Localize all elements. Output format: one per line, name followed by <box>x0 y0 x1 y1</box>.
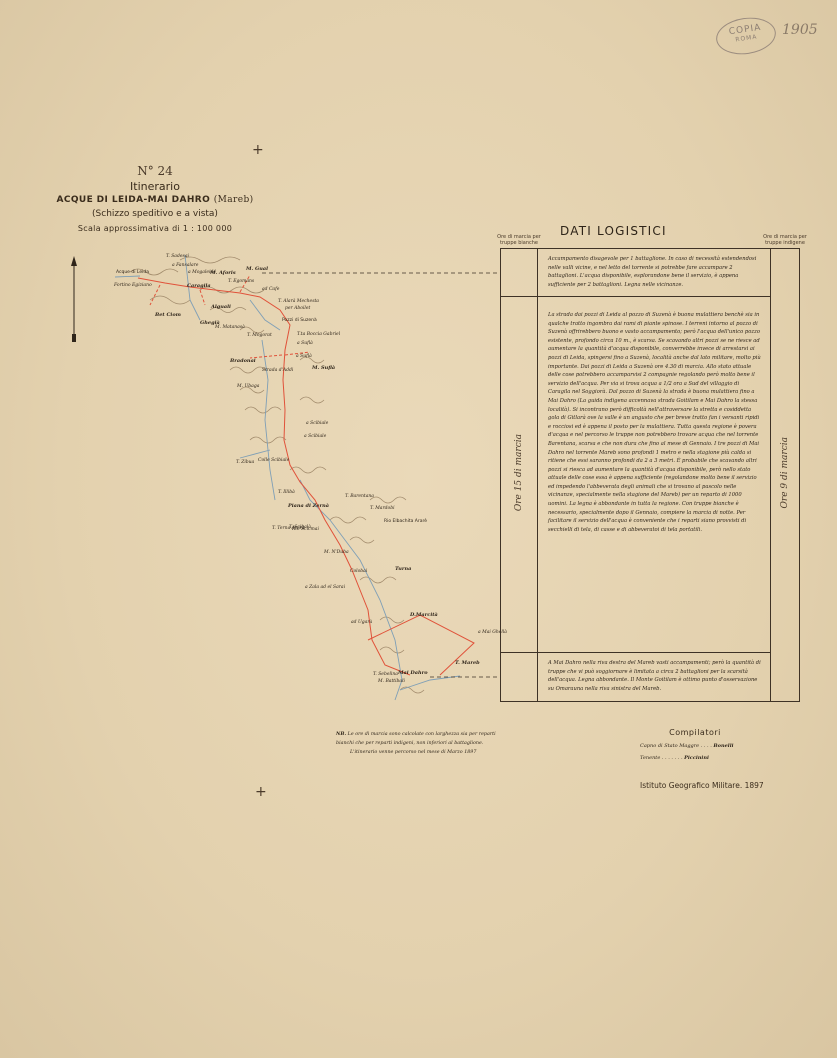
table-row: Accampamento disagevole per 1 battaglion… <box>501 249 800 297</box>
map-label: T. Sebelina <box>373 672 398 677</box>
map-label: M. Battibali <box>378 679 405 684</box>
map-label: D.Marcità <box>410 612 438 618</box>
map-label: ad Cafe <box>262 287 279 292</box>
map-label: M. Aforis <box>210 270 236 276</box>
compiler-row: Capno di Stato Maggre . . . . Bonelli <box>640 743 750 749</box>
map-label: a Scibiale <box>304 434 326 439</box>
compiler-dots: . . . . . . . <box>662 755 683 761</box>
compiler-name: Bonelli <box>713 743 733 749</box>
map-label: T. Illibà <box>278 490 295 495</box>
logistics-table: Accampamento disagevole per 1 battaglion… <box>500 248 800 702</box>
compiler-rank: Capno di Stato Maggre <box>640 743 699 749</box>
map-label: a Scibiale <box>306 421 328 426</box>
map-label: M. Ubaga <box>237 384 259 389</box>
footnote: NB. Le ore di marcia sono calcolate con … <box>336 730 496 757</box>
map-label: T. Sadesai <box>166 254 189 259</box>
compilers-block: Compilatori Capno di Stato Maggre . . . … <box>640 728 750 761</box>
left-hours-cell <box>501 653 538 702</box>
map-label: ad Ugarà <box>351 620 372 625</box>
logistics-cell: Accampamento disagevole per 1 battaglion… <box>538 249 771 297</box>
compiler-rank: Tenente <box>640 755 660 761</box>
footnote-text: L'itinerario venne percorso nel mese di … <box>336 750 476 755</box>
map-label: a Fansalare <box>172 263 198 268</box>
footnote-text: Le ore di marcia sono calcolate con larg… <box>336 732 496 746</box>
map-label: Bet Ciom <box>155 312 181 318</box>
map-label: M. Gual <box>246 266 268 272</box>
compilers-title: Compilatori <box>640 728 750 737</box>
map-label: M. N'Duba <box>324 550 349 555</box>
map-label: Rio Scicmai <box>292 527 319 532</box>
map-label: Rio Elbachita Ararè <box>384 519 427 524</box>
relief-hachures <box>130 257 424 693</box>
map-label: Strada d'Addi <box>262 368 293 373</box>
publisher: Istituto Geografico Militare. 1897 <box>640 781 764 790</box>
map-label: M. Matanasà <box>215 325 245 330</box>
logistics-title: DATI LOGISTICI <box>560 224 667 238</box>
map-label: M. Suflà <box>312 365 335 371</box>
map-label: T. Mogorat <box>247 333 272 338</box>
map-label: Bradonai <box>230 358 256 364</box>
map-label: Fortino Egiziano <box>114 283 152 288</box>
map-label: Mai Dahro <box>398 670 428 676</box>
logistics-text: A Mai Dahro nella riva destra del Mareb … <box>538 653 770 697</box>
map-label: T. Alarà Mechesta <box>278 299 319 304</box>
compiler-name: Piccinini <box>684 755 709 761</box>
map-label: T. Barentana <box>345 494 374 499</box>
right-column-header: Ore di marcia per truppe indigene <box>760 234 810 246</box>
map-label: T.ta Boccia Gabriel <box>297 332 340 337</box>
map-label: T. Mareb <box>455 660 480 666</box>
table-row: Ore 15 di marcia La strada dai pozzi di … <box>501 297 800 653</box>
compiler-row: Tenente . . . . . . . Piccinini <box>640 755 750 761</box>
map-label: Piana di Zernà <box>288 503 329 509</box>
map-label: Colobai <box>350 569 367 574</box>
map-label: T. Mardobi <box>370 506 395 511</box>
map-label: Caragila <box>187 283 211 289</box>
map-label: Acque di Leida <box>116 270 149 275</box>
logistics-text: Accampamento disagevole per 1 battaglion… <box>538 249 770 293</box>
map-label: a Suflà <box>296 354 312 359</box>
left-hours-cell <box>501 249 538 297</box>
right-hours-label: Ore 9 di marcia <box>780 437 790 508</box>
logistics-cell: La strada dai pozzi di Leida al pozzo di… <box>538 297 771 653</box>
map-label: Pozzi di Suzenà <box>282 318 317 323</box>
left-hours-label: Ore 15 di marcia <box>514 434 524 511</box>
map-label: T. Egomans <box>228 279 254 284</box>
logistics-cell: A Mai Dahro nella riva destra del Mareb … <box>538 653 771 702</box>
footnote-label: NB. <box>336 731 346 737</box>
right-hours-cell: Ore 9 di marcia <box>771 249 800 702</box>
map-label: per Aboilet <box>285 306 310 311</box>
map-label: Colle Scibiale <box>258 458 289 463</box>
logistics-text: La strada dai pozzi di Leida al pozzo di… <box>538 297 770 538</box>
north-arrow-icon <box>71 256 77 342</box>
map-label: Turna <box>395 566 411 572</box>
map-label: T. Zibua <box>236 460 254 465</box>
left-column-header: Ore di marcia per truppe bianche <box>494 234 544 246</box>
compiler-dots: . . . . <box>701 743 712 749</box>
map-label: a Zala ad el Sarai <box>305 585 345 590</box>
map-label: a Suflà <box>297 341 313 346</box>
table-row: A Mai Dahro nella riva destra del Mareb … <box>501 653 800 702</box>
left-hours-cell: Ore 15 di marcia <box>501 297 538 653</box>
map-label: Alguali <box>211 304 231 310</box>
